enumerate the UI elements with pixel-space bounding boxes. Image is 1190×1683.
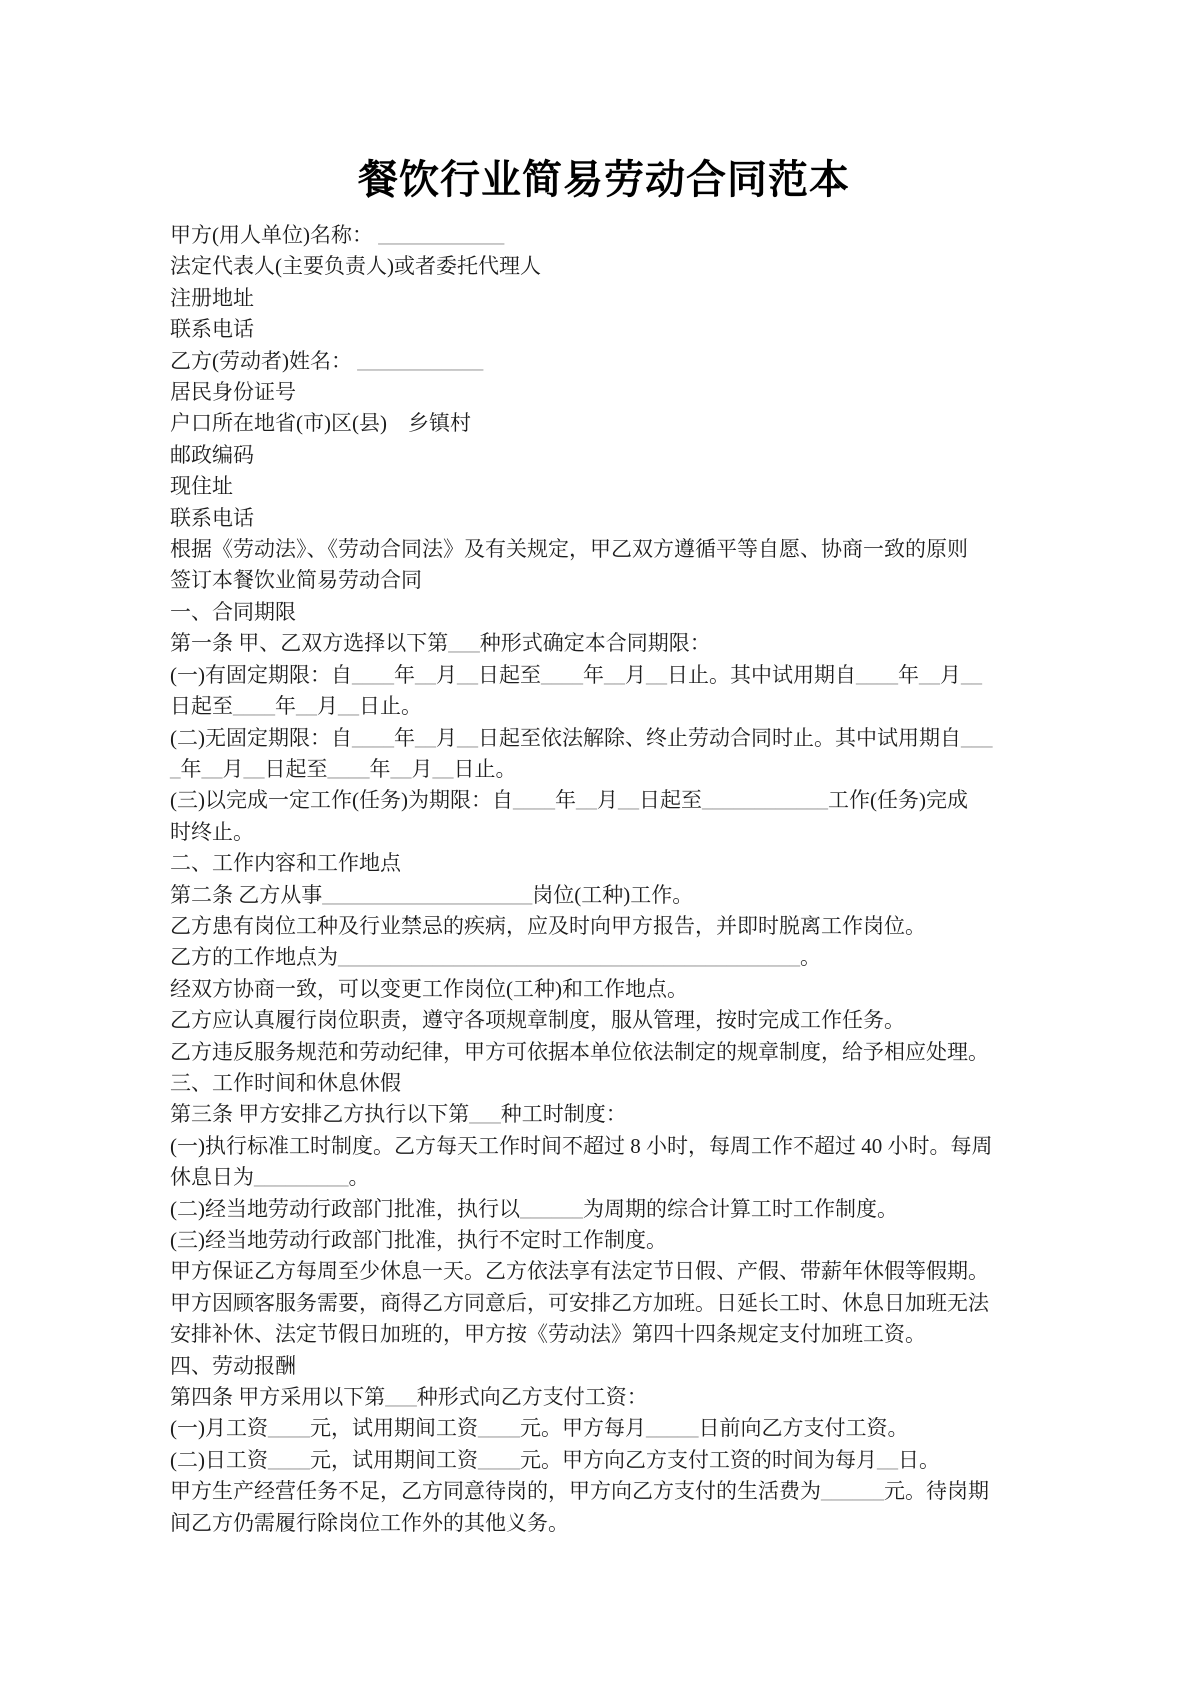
blank-underline: __ <box>457 663 478 687</box>
text-line: 乙方应认真履行岗位职责，遵守各项规章制度，服从管理，按时完成工作任务。 <box>170 1005 1038 1036</box>
blank-underline: ___ <box>448 631 480 655</box>
text-line: 联系电话 <box>170 314 1038 345</box>
blank-underline: ____ <box>856 663 898 687</box>
text-line: 时终止。 <box>170 817 1038 848</box>
blank-underline: __ <box>415 663 436 687</box>
text-line: (二)经当地劳动行政部门批准，执行以______为周期的综合计算工时工作制度。 <box>170 1194 1038 1225</box>
text-line: 第四条 甲方采用以下第___种形式向乙方支付工资： <box>170 1382 1038 1413</box>
blank-underline: ___ <box>469 1102 501 1126</box>
blank-underline: ___ <box>385 1385 417 1409</box>
blank-underline: ____ <box>352 663 394 687</box>
text-line: (一)执行标准工时制度。乙方每天工作时间不超过 8 小时，每周工作不超过 40 … <box>170 1131 1038 1162</box>
text-line: 甲方生产经营任务不足，乙方同意待岗的，甲方向乙方支付的生活费为______元。待… <box>170 1476 1038 1507</box>
blank-underline: __ <box>919 663 940 687</box>
blank-underline: ___ <box>961 726 993 750</box>
blank-underline: ____ <box>478 1448 520 1472</box>
text-line: 四、劳动报酬 <box>170 1351 1038 1382</box>
text-line: (一)月工资____元，试用期间工资____元。甲方每月_____日前向乙方支付… <box>170 1413 1038 1444</box>
blank-underline: __ <box>576 788 597 812</box>
blank-underline: ____ <box>513 788 555 812</box>
blank-underline: ______ <box>520 1197 583 1221</box>
text-line: 三、工作时间和休息休假 <box>170 1068 1038 1099</box>
text-line: 乙方(劳动者)姓名： ____________ <box>170 346 1038 377</box>
text-line: 户口所在地省(市)区(县) 乡镇村 <box>170 408 1038 439</box>
text-line: 一、合同期限 <box>170 597 1038 628</box>
text-line: 经双方协商一致，可以变更工作岗位(工种)和工作地点。 <box>170 974 1038 1005</box>
blank-underline: _____ <box>646 1416 699 1440</box>
blank-underline: __ <box>338 694 359 718</box>
text-line: 乙方违反服务规范和劳动纪律，甲方可依据本单位依法制定的规章制度，给予相应处理。 <box>170 1037 1038 1068</box>
blank-underline: _________ <box>254 1165 349 1189</box>
document-page: 餐饮行业简易劳动合同范本 甲方(用人单位)名称： ____________法定代… <box>0 0 1190 1683</box>
text-line: 根据《劳动法》、《劳动合同法》及有关规定，甲乙双方遵循平等自愿、协商一致的原则 <box>170 534 1038 565</box>
text-line: 注册地址 <box>170 283 1038 314</box>
text-line: 甲方因顾客服务需要，商得乙方同意后，可安排乙方加班。日延长工时、休息日加班无法 <box>170 1288 1038 1319</box>
blank-underline: __ <box>961 663 982 687</box>
blank-underline: ____ <box>268 1416 310 1440</box>
text-line: 现住址 <box>170 471 1038 502</box>
blank-underline: __ <box>244 757 265 781</box>
text-line: 乙方的工作地点为________________________________… <box>170 942 1038 973</box>
text-line: (三)以完成一定工作(任务)为期限：自____年__月__日起至________… <box>170 785 1038 816</box>
text-line: 联系电话 <box>170 503 1038 534</box>
blank-underline: ____________ <box>357 349 483 373</box>
blank-underline: __ <box>391 757 412 781</box>
text-line: 签订本餐饮业简易劳动合同 <box>170 565 1038 596</box>
blank-underline: ______ <box>821 1479 884 1503</box>
text-line: _年__月__日起至____年__月__日止。 <box>170 754 1038 785</box>
blank-underline: ____________ <box>378 223 504 247</box>
blank-underline: __ <box>604 663 625 687</box>
blank-underline: ____________________ <box>322 883 532 907</box>
text-line: 居民身份证号 <box>170 377 1038 408</box>
blank-underline: __ <box>457 726 478 750</box>
text-line: 法定代表人(主要负责人)或者委托代理人 <box>170 251 1038 282</box>
document-title: 餐饮行业简易劳动合同范本 <box>170 154 1038 206</box>
text-line: 二、工作内容和工作地点 <box>170 848 1038 879</box>
text-line: 日起至____年__月__日止。 <box>170 691 1038 722</box>
text-line: 甲方(用人单位)名称： ____________ <box>170 220 1038 251</box>
blank-underline: ____ <box>352 726 394 750</box>
text-line: (三)经当地劳动行政部门批准，执行不定时工作制度。 <box>170 1225 1038 1256</box>
blank-underline: ________________________________________… <box>338 945 800 969</box>
blank-underline: ____ <box>478 1416 520 1440</box>
blank-underline: __ <box>877 1448 898 1472</box>
text-line: 第二条 乙方从事____________________岗位(工种)工作。 <box>170 880 1038 911</box>
text-line: 第一条 甲、乙双方选择以下第___种形式确定本合同期限： <box>170 628 1038 659</box>
text-line: 第三条 甲方安排乙方执行以下第___种工时制度： <box>170 1099 1038 1130</box>
text-line: 安排补休、法定节假日加班的，甲方按《劳动法》第四十四条规定支付加班工资。 <box>170 1319 1038 1350</box>
blank-underline: _ <box>170 757 181 781</box>
blank-underline: ____ <box>233 694 275 718</box>
blank-underline: __ <box>433 757 454 781</box>
text-line: 邮政编码 <box>170 440 1038 471</box>
text-line: (二)日工资____元，试用期间工资____元。甲方向乙方支付工资的时间为每月_… <box>170 1445 1038 1476</box>
blank-underline: ____ <box>268 1448 310 1472</box>
blank-underline: ____ <box>328 757 370 781</box>
text-line: 间乙方仍需履行除岗位工作外的其他义务。 <box>170 1508 1038 1539</box>
text-line: 甲方保证乙方每周至少休息一天。乙方依法享有法定节日假、产假、带薪年休假等假期。 <box>170 1256 1038 1287</box>
document-content: 餐饮行业简易劳动合同范本 甲方(用人单位)名称： ____________法定代… <box>170 154 1038 1539</box>
document-body: 甲方(用人单位)名称： ____________法定代表人(主要负责人)或者委托… <box>170 220 1038 1539</box>
text-line: (二)无固定期限：自____年__月__日起至依法解除、终止劳动合同时止。其中试… <box>170 723 1038 754</box>
blank-underline: ____ <box>541 663 583 687</box>
blank-underline: __ <box>415 726 436 750</box>
blank-underline: __ <box>646 663 667 687</box>
text-line: (一)有固定期限：自____年__月__日起至____年__月__日止。其中试用… <box>170 660 1038 691</box>
text-line: 乙方患有岗位工种及行业禁忌的疾病，应及时向甲方报告，并即时脱离工作岗位。 <box>170 911 1038 942</box>
blank-underline: __ <box>296 694 317 718</box>
blank-underline: __ <box>202 757 223 781</box>
blank-underline: __ <box>618 788 639 812</box>
blank-underline: ____________ <box>702 788 828 812</box>
text-line: 休息日为_________。 <box>170 1162 1038 1193</box>
